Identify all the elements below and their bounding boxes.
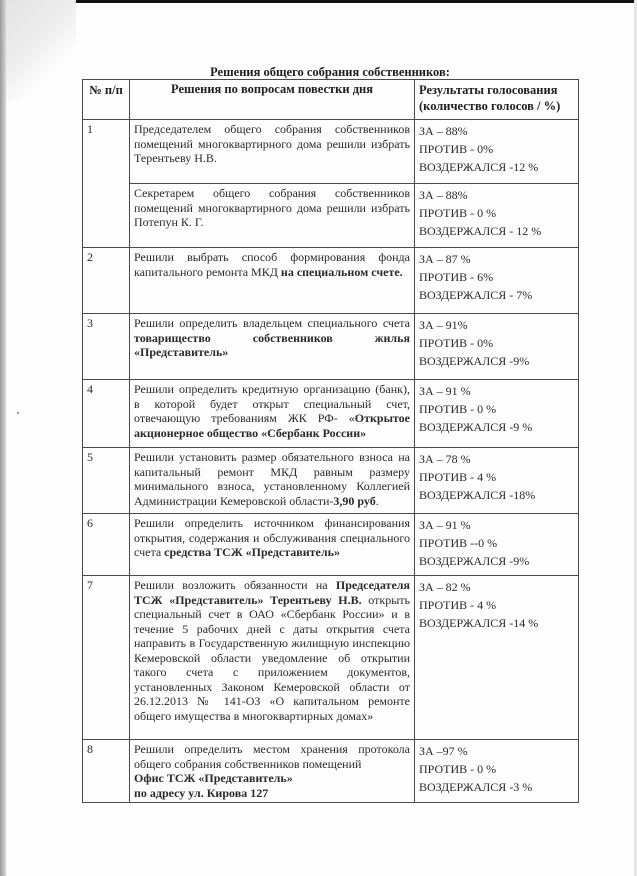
vote-results: ЗА – 91%ПРОТИВ - 0%ВОЗДЕРЖАЛСЯ -9% xyxy=(415,314,579,380)
vote-abstain: ВОЗДЕРЖАЛСЯ -18% xyxy=(419,486,574,504)
scan-left-edge xyxy=(0,0,6,876)
decision-emphasis: средства ТСЖ «Представитель» xyxy=(164,545,340,559)
vote-against: ПРОТИВ - 0% xyxy=(419,140,574,158)
header-decision: Решения по вопросам повестки дня xyxy=(130,80,415,120)
vote-abstain: ВОЗДЕРЖАЛСЯ -14 % xyxy=(419,614,574,632)
vote-results: ЗА – 91 %ПРОТИВ - 0 %ВОЗДЕРЖАЛСЯ -9 % xyxy=(415,380,579,448)
decision-segment: Председателем общего собрания собственни… xyxy=(134,122,410,165)
vote-for: ЗА – 91 % xyxy=(419,516,574,534)
table-row: 3Решили определить владельцем специально… xyxy=(83,314,579,380)
decision-text: Решили определить источником финансирова… xyxy=(130,514,415,576)
vote-abstain: ВОЗДЕРЖАЛСЯ - 12 % xyxy=(419,222,574,240)
vote-for: ЗА – 82 % xyxy=(419,578,574,596)
scan-corner-shadow xyxy=(6,0,76,100)
table-row: 6Решили определить источником финансиров… xyxy=(83,514,579,576)
vote-for: ЗА – 88% xyxy=(419,186,574,204)
vote-against: ПРОТИВ - 0 % xyxy=(419,204,574,222)
vote-results: ЗА – 87 %ПРОТИВ - 6%ВОЗДЕРЖАЛСЯ - 7% xyxy=(415,248,579,314)
vote-abstain: ВОЗДЕРЖАЛСЯ -9 % xyxy=(419,418,574,436)
vote-results: ЗА –97 %ПРОТИВ - 0 %ВОЗДЕРЖАЛСЯ -3 % xyxy=(415,740,579,803)
vote-abstain: ВОЗДЕРЖАЛСЯ - 7% xyxy=(419,286,574,304)
decision-segment: открыть специальный счет в ОАО «Сбербанк… xyxy=(134,593,410,723)
table-row: Секретарем общего собрания собственников… xyxy=(83,184,579,248)
vote-against: ПРОТИВ - 0% xyxy=(419,334,574,352)
table-row: 1Председателем общего собрания собственн… xyxy=(83,120,579,184)
decision-text: Председателем общего собрания собственни… xyxy=(130,120,415,184)
row-number: 7 xyxy=(83,576,130,740)
table-row: 8Решили определить местом хранения прото… xyxy=(83,740,579,803)
vote-against: ПРОТИВ - 4 % xyxy=(419,596,574,614)
decision-emphasis: на специальном счете. xyxy=(281,265,403,279)
vote-results: ЗА – 88%ПРОТИВ - 0 %ВОЗДЕРЖАЛСЯ - 12 % xyxy=(415,184,579,248)
decision-emphasis: по адресу ул. Кирова 127 xyxy=(134,786,268,800)
decision-segment: . xyxy=(376,494,379,508)
vote-for: ЗА –97 % xyxy=(419,742,574,760)
decision-segment: Решили возложить обязанности на xyxy=(134,578,336,592)
decision-text: Решили возложить обязанности на Председа… xyxy=(130,576,415,740)
decision-text: Решили определить кредитную организацию … xyxy=(130,380,415,448)
row-number: 2 xyxy=(83,248,130,314)
vote-against: ПРОТИВ - 0 % xyxy=(419,400,574,418)
row-number: 5 xyxy=(83,448,130,514)
scan-speck xyxy=(17,412,19,414)
vote-results: ЗА – 82 %ПРОТИВ - 4 %ВОЗДЕРЖАЛСЯ -14 % xyxy=(415,576,579,740)
table-row: 4Решили определить кредитную организацию… xyxy=(83,380,579,448)
table-body: 1Председателем общего собрания собственн… xyxy=(83,120,579,803)
document-title: Решения общего собрания собственников: xyxy=(80,65,580,80)
header-results: Результаты голосования (количество голос… xyxy=(415,80,579,120)
vote-abstain: ВОЗДЕРЖАЛСЯ -9% xyxy=(419,352,574,370)
vote-abstain: ВОЗДЕРЖАЛСЯ -9% xyxy=(419,552,574,570)
decision-text: Секретарем общего собрания собственников… xyxy=(130,184,415,248)
vote-against: ПРОТИВ --0 % xyxy=(419,534,574,552)
vote-results: ЗА – 88%ПРОТИВ - 0%ВОЗДЕРЖАЛСЯ -12 % xyxy=(415,120,579,184)
vote-for: ЗА – 88% xyxy=(419,122,574,140)
decision-emphasis: Офис ТСЖ «Представитель» xyxy=(134,771,293,785)
decision-text: Решили определить местом хранения проток… xyxy=(130,740,415,803)
row-number: 8 xyxy=(83,740,130,803)
decision-text: Решили определить владельцем специальног… xyxy=(130,314,415,380)
decision-segment: Решили определить владельцем специальног… xyxy=(134,316,410,330)
table-row: 2Решили выбрать способ формирования фонд… xyxy=(83,248,579,314)
decision-emphasis: товарищество собственников жилья «Предст… xyxy=(134,331,410,360)
table-header-row: № п/п Решения по вопросам повестки дня Р… xyxy=(83,80,579,120)
vote-for: ЗА – 91% xyxy=(419,316,574,334)
row-number: 6 xyxy=(83,514,130,576)
row-number: 3 xyxy=(83,314,130,380)
row-number: 1 xyxy=(83,120,130,248)
decision-text: Решили выбрать способ формирования фонда… xyxy=(130,248,415,314)
vote-results: ЗА – 78 %ПРОТИВ - 4 %ВОЗДЕРЖАЛСЯ -18% xyxy=(415,448,579,514)
vote-for: ЗА – 87 % xyxy=(419,250,574,268)
vote-for: ЗА – 78 % xyxy=(419,450,574,468)
scan-top-edge xyxy=(0,0,637,3)
vote-against: ПРОТИВ - 4 % xyxy=(419,468,574,486)
decisions-table: № п/п Решения по вопросам повестки дня Р… xyxy=(82,79,579,803)
table-row: 5Решили установить размер обязательного … xyxy=(83,448,579,514)
header-number: № п/п xyxy=(83,80,130,120)
vote-against: ПРОТИВ - 0 % xyxy=(419,760,574,778)
decision-text: Решили установить размер обязательного в… xyxy=(130,448,415,514)
vote-abstain: ВОЗДЕРЖАЛСЯ -12 % xyxy=(419,158,574,176)
decision-emphasis: 3,90 руб xyxy=(333,494,375,508)
table-row: 7Решили возложить обязанности на Председ… xyxy=(83,576,579,740)
vote-against: ПРОТИВ - 6% xyxy=(419,268,574,286)
vote-for: ЗА – 91 % xyxy=(419,382,574,400)
vote-results: ЗА – 91 %ПРОТИВ --0 %ВОЗДЕРЖАЛСЯ -9% xyxy=(415,514,579,576)
row-number: 4 xyxy=(83,380,130,448)
decision-segment: Секретарем общего собрания собственников… xyxy=(134,186,410,229)
decision-segment: Решили определить местом хранения проток… xyxy=(134,742,410,771)
vote-abstain: ВОЗДЕРЖАЛСЯ -3 % xyxy=(419,778,574,796)
